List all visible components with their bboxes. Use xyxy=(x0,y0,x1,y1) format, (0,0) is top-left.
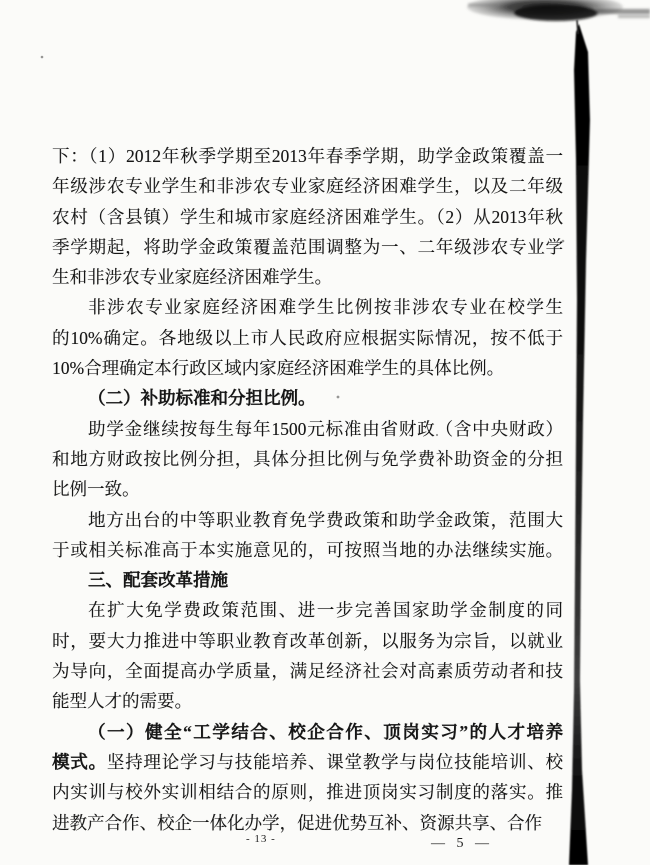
document-body: 下：（1）2012年秋季学期至2013年春季学期，助学金政策覆盖一年级涉农专业学… xyxy=(52,141,563,838)
text-line-5: 生和非涉农专业家庭经济困难学生。 xyxy=(52,262,563,292)
page-number-left: - 13 - xyxy=(246,833,276,845)
text-line-21: 模式。坚持理论学习与技能培养、课堂教学与岗位技能培训、校 xyxy=(52,747,563,777)
text-segment-bold: 三、配套改革措施 xyxy=(88,570,228,590)
text-line-11: 和地方财政按比例分担，具体分担比例与免学费补助资金的分担 xyxy=(52,444,563,474)
text-segment: 年级涉农专业学生和非涉农专业家庭经济困难学生，以及二年级 xyxy=(52,176,563,196)
text-line-10: 助学金继续按每生每年1500元标准由省财政（含中央财政） xyxy=(52,414,563,444)
text-line-18: 为导向，全面提高办学质量，满足经济社会对高素质劳动者和技 xyxy=(52,656,563,686)
text-line-6: 非涉农专业家庭经济困难学生比例按非涉农专业在校学生 xyxy=(52,292,563,322)
text-segment: 为导向，全面提高办学质量，满足经济社会对高素质劳动者和技 xyxy=(52,661,563,681)
text-segment-bold: 模式。 xyxy=(52,752,107,772)
text-line-8: 10%合理确定本行政区域内家庭经济困难学生的具体比例。 xyxy=(52,353,563,383)
text-segment: 在扩大免学费政策范围、进一步完善国家助学金制度的同 xyxy=(88,600,563,620)
text-segment: 比例一致。 xyxy=(52,479,140,499)
text-segment: 坚持理论学习与技能培养、课堂教学与岗位技能培训、校 xyxy=(107,752,563,772)
text-line-15: 三、配套改革措施 xyxy=(52,565,563,595)
text-line-19: 能型人才的需要。 xyxy=(52,686,563,716)
text-segment: 10%合理确定本行政区域内家庭经济困难学生的具体比例。 xyxy=(52,358,504,378)
page-number-right: — 5 — xyxy=(431,836,493,852)
text-segment: 于或相关标准高于本实施意见的，可按照当地的办法继续实施。 xyxy=(52,540,563,560)
text-line-22: 内实训与校外实训相结合的原则，推进顶岗实习制度的落实。推 xyxy=(52,777,563,807)
text-segment: 助学金继续按每生每年1500元标准由省财政（含中央财政） xyxy=(88,419,563,439)
text-segment-bold: （二）补助标准和分担比例。 xyxy=(88,388,316,408)
text-line-2: 年级涉农专业学生和非涉农专业家庭经济困难学生，以及二年级 xyxy=(52,171,563,201)
text-line-23: 进教产合作、校企一体化办学，促进优势互补、资源共享、合作 xyxy=(52,808,563,838)
text-segment: 生和非涉农专业家庭经济困难学生。 xyxy=(52,267,332,287)
text-segment: 和地方财政按比例分担，具体分担比例与免学费补助资金的分担 xyxy=(52,449,563,469)
text-segment: 地方出台的中等职业教育免学费政策和助学金政策，范围大 xyxy=(88,510,563,530)
text-segment: 下：（1）2012年秋季学期至2013年春季学期，助学金政策覆盖一 xyxy=(52,146,563,166)
text-segment-bold: （一）健全“工学结合、校企合作、顶岗实习”的人才培养 xyxy=(88,722,563,742)
text-line-20: （一）健全“工学结合、校企合作、顶岗实习”的人才培养 xyxy=(52,717,563,747)
scan-spine-shadow xyxy=(569,20,590,865)
scanned-document-page: 下：（1）2012年秋季学期至2013年春季学期，助学金政策覆盖一年级涉农专业学… xyxy=(0,0,650,865)
text-line-4: 季学期起，将助学金政策覆盖范围调整为一、二年级涉农专业学 xyxy=(52,232,563,262)
text-segment: 内实训与校外实训相结合的原则，推进顶岗实习制度的落实。推 xyxy=(52,782,563,802)
text-line-13: 地方出台的中等职业教育免学费政策和助学金政策，范围大 xyxy=(52,505,563,535)
text-segment: 非涉农专业家庭经济困难学生比例按非涉农专业在校学生 xyxy=(88,297,563,317)
text-line-16: 在扩大免学费政策范围、进一步完善国家助学金制度的同 xyxy=(52,595,563,625)
text-line-9: （二）补助标准和分担比例。 xyxy=(52,383,563,413)
text-line-7: 的10%确定。各地级以上市人民政府应根据实际情况，按不低于 xyxy=(52,323,563,353)
text-line-3: 农村（含县镇）学生和城市家庭经济困难学生。（2）从2013年秋 xyxy=(52,202,563,232)
text-line-1: 下：（1）2012年秋季学期至2013年春季学期，助学金政策覆盖一 xyxy=(52,141,563,171)
text-line-17: 时，要大力推进中等职业教育改革创新，以服务为宗旨，以就业 xyxy=(52,626,563,656)
text-segment: 时，要大力推进中等职业教育改革创新，以服务为宗旨，以就业 xyxy=(52,631,563,651)
text-segment: 季学期起，将助学金政策覆盖范围调整为一、二年级涉农专业学 xyxy=(52,237,563,257)
text-line-14: 于或相关标准高于本实施意见的，可按照当地的办法继续实施。 xyxy=(52,535,563,565)
text-segment: 农村（含县镇）学生和城市家庭经济困难学生。（2）从2013年秋 xyxy=(52,207,563,227)
text-segment: 进教产合作、校企一体化办学，促进优势互补、资源共享、合作 xyxy=(52,813,542,833)
text-segment: 能型人才的需要。 xyxy=(52,691,192,711)
text-line-12: 比例一致。 xyxy=(52,474,563,504)
text-segment: 的10%确定。各地级以上市人民政府应根据实际情况，按不低于 xyxy=(52,328,563,348)
scan-smudge-top xyxy=(467,0,650,21)
